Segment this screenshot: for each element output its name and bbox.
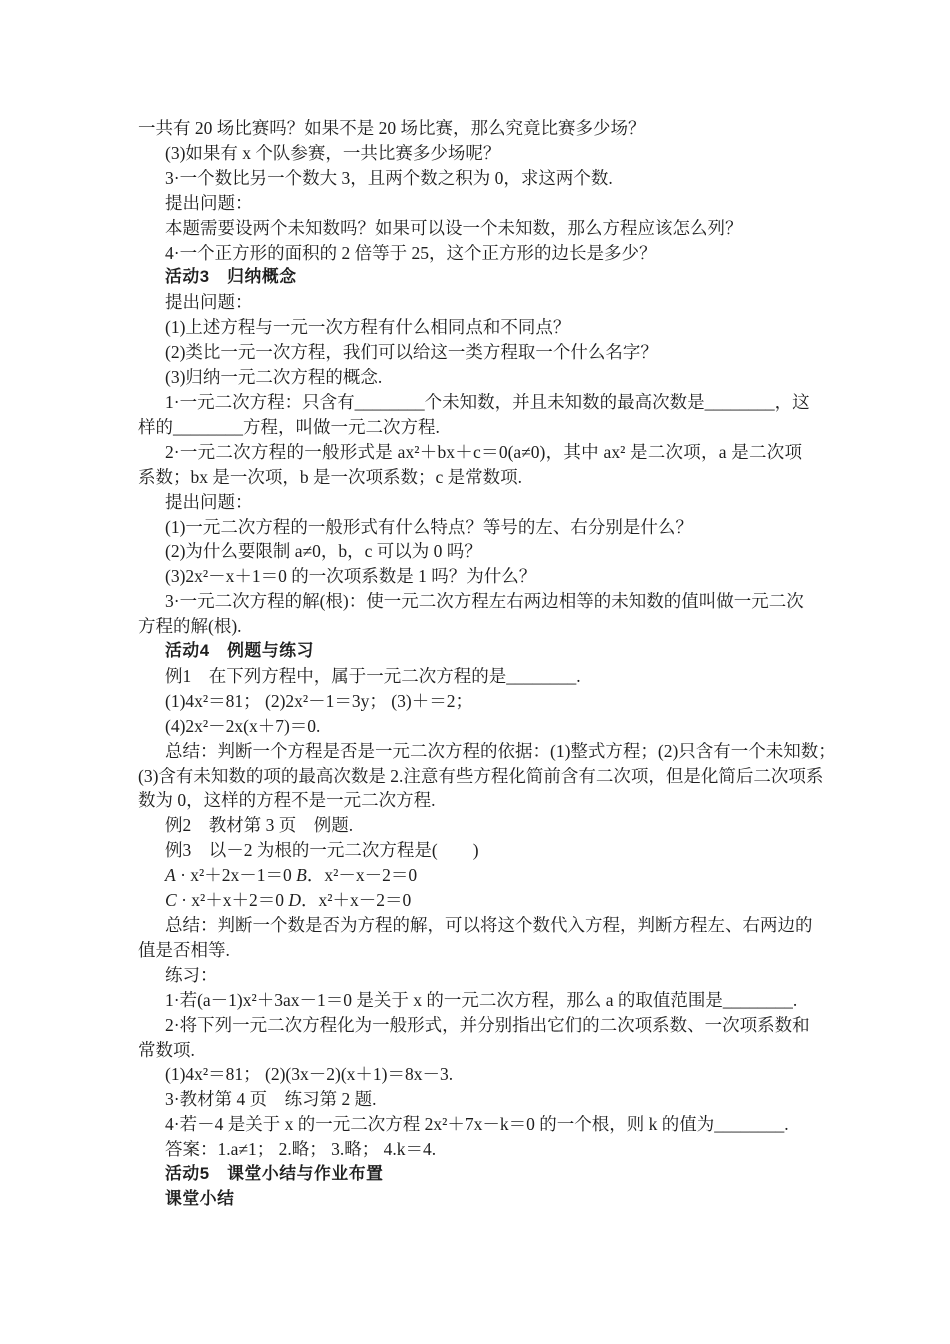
text-line: 1·若(a－1)x²＋3ax－1＝0 是关于 x 的一元二次方程，那么 a 的取… (138, 988, 802, 1013)
text-line: 本题需要设两个未知数吗？如果可以设一个未知数，那么方程应该怎么列？ (138, 216, 802, 241)
document-body: 一共有 20 场比赛吗？如果不是 20 场比赛，那么究竟比赛多少场？(3)如果有… (138, 116, 802, 1212)
text-segment: C (165, 890, 177, 910)
text-line: (2)类比一元一次方程，我们可以给这一类方程取一个什么名字？ (138, 340, 802, 365)
text-segment: A (165, 865, 176, 885)
text-line: C · x²＋x＋2＝0 D．x²＋x－2＝0 (138, 888, 802, 913)
text-line: 常数项. (138, 1038, 802, 1063)
text-line: 3·一元二次方程的解(根)：使一元二次方程左右两边相等的未知数的值叫做一元二次 (138, 589, 802, 614)
text-segment: ．x²＋x－2＝0 (301, 890, 411, 910)
text-line: 数为 0，这样的方程不是一元二次方程. (138, 788, 802, 813)
text-line: 方程的解(根). (138, 614, 802, 639)
text-line: 活动5 课堂小结与作业布置 (138, 1162, 802, 1187)
text-segment: · x²＋2x－1＝0 (176, 865, 296, 885)
text-line: 2·将下列一元二次方程化为一般形式，并分别指出它们的二次项系数、一次项系数和 (138, 1013, 802, 1038)
text-line: 1·一元二次方程：只含有________个未知数，并且未知数的最高次数是____… (138, 390, 802, 415)
text-segment: D (288, 890, 301, 910)
text-line: 总结：判断一个方程是否是一元二次方程的依据：(1)整式方程；(2)只含有一个未知… (138, 739, 802, 764)
text-line: 例3 以－2 为根的一元二次方程是( ) (138, 838, 802, 863)
text-line: (3)如果有 x 个队参赛，一共比赛多少场呢？ (138, 141, 802, 166)
text-line: (4)2x²－2x(x＋7)＝0. (138, 714, 802, 739)
text-line: (3)2x²－x＋1＝0 的一次项系数是 1 吗？为什么？ (138, 564, 802, 589)
document-page: 一共有 20 场比赛吗？如果不是 20 场比赛，那么究竟比赛多少场？(3)如果有… (0, 0, 950, 1344)
text-segment: B (296, 865, 307, 885)
text-line: 2·一元二次方程的一般形式是 ax²＋bx＋c＝0(a≠0)，其中 ax² 是二… (138, 440, 802, 465)
text-line: 样的________方程，叫做一元二次方程. (138, 415, 802, 440)
text-line: (1)4x²＝81； (2)2x²－1＝3y； (3)＋＝2； (138, 689, 802, 714)
text-line: 系数；bx 是一次项，b 是一次项系数；c 是常数项. (138, 465, 802, 490)
text-line: 活动4 例题与练习 (138, 639, 802, 664)
text-line: 4·一个正方形的面积的 2 倍等于 25，这个正方形的边长是多少？ (138, 241, 802, 266)
text-line: 提出问题： (138, 290, 802, 315)
text-line: (2)为什么要限制 a≠0，b，c 可以为 0 吗？ (138, 539, 802, 564)
text-line: 答案：1.a≠1； 2.略； 3.略； 4.k＝4. (138, 1137, 802, 1162)
text-line: 活动3 归纳概念 (138, 265, 802, 290)
text-segment: · x²＋x＋2＝0 (177, 890, 289, 910)
text-line: 提出问题： (138, 191, 802, 216)
text-line: (3)归纳一元二次方程的概念. (138, 365, 802, 390)
text-line: 一共有 20 场比赛吗？如果不是 20 场比赛，那么究竟比赛多少场？ (138, 116, 802, 141)
text-segment: ．x²－x－2＝0 (307, 865, 417, 885)
text-line: 练习： (138, 963, 802, 988)
text-line: 例1 在下列方程中，属于一元二次方程的是________. (138, 664, 802, 689)
text-line: (1)一元二次方程的一般形式有什么特点？等号的左、右分别是什么？ (138, 515, 802, 540)
text-line: 值是否相等. (138, 938, 802, 963)
text-line: 课堂小结 (138, 1187, 802, 1212)
text-line: 3·一个数比另一个数大 3，且两个数之积为 0，求这两个数. (138, 166, 802, 191)
text-line: (1)上述方程与一元一次方程有什么相同点和不同点？ (138, 315, 802, 340)
text-line: A · x²＋2x－1＝0 B．x²－x－2＝0 (138, 863, 802, 888)
text-line: 提出问题： (138, 490, 802, 515)
text-line: 4·若－4 是关于 x 的一元二次方程 2x²＋7x－k＝0 的一个根，则 k … (138, 1112, 802, 1137)
text-line: 3·教材第 4 页 练习第 2 题. (138, 1087, 802, 1112)
text-line: 总结：判断一个数是否为方程的解，可以将这个数代入方程，判断方程左、右两边的 (138, 913, 802, 938)
text-line: (3)含有未知数的项的最高次数是 2.注意有些方程化简前含有二次项，但是化简后二… (138, 764, 802, 789)
text-line: (1)4x²＝81； (2)(3x－2)(x＋1)＝8x－3. (138, 1062, 802, 1087)
text-line: 例2 教材第 3 页 例题. (138, 813, 802, 838)
